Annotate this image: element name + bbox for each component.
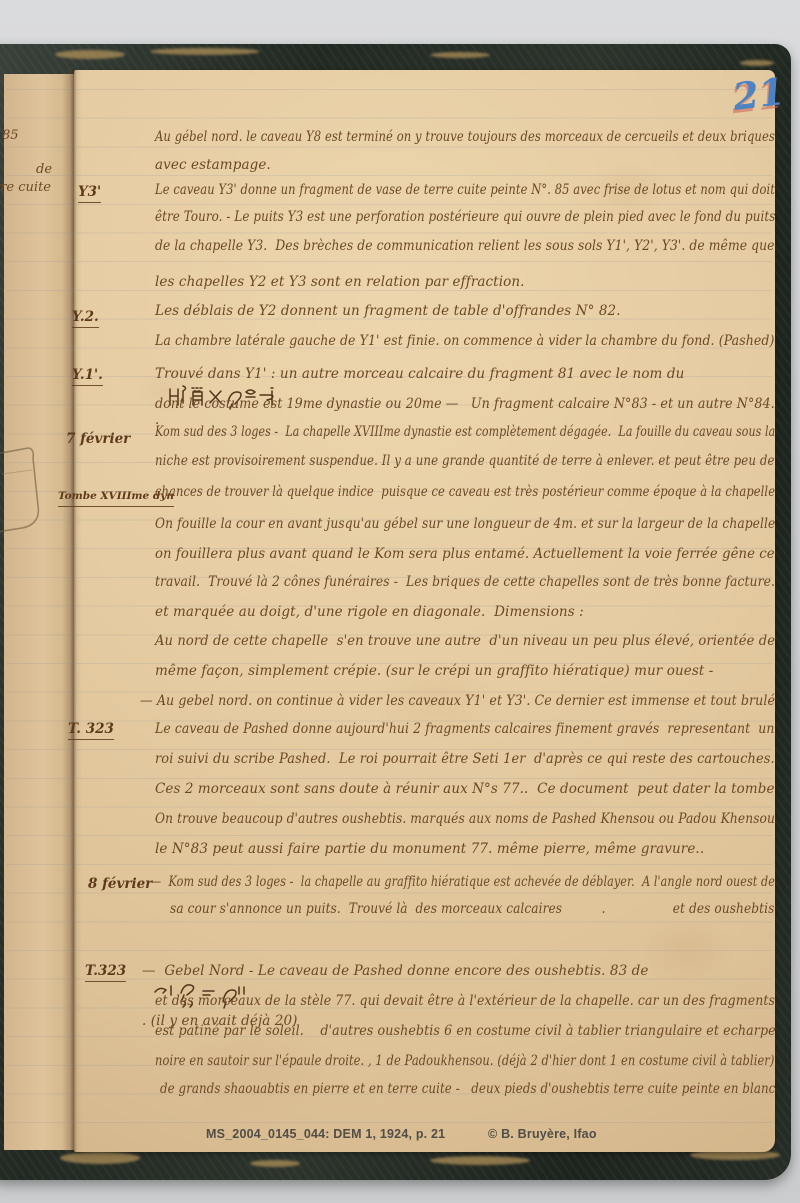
manuscript-line: et marquée au doigt, d'une rigole en dia… — [155, 602, 584, 622]
prev-page-fragment: rre cuite — [0, 180, 51, 195]
manuscript-line: chances de trouver là quelque indice pui… — [155, 482, 775, 502]
manuscript-line: dont le costume est 19me dynastie ou 20m… — [155, 394, 775, 414]
margin-note: Y.1'. — [72, 366, 103, 386]
manuscript-line: Kom sud des 3 loges - La chapelle XVIIIm… — [155, 422, 775, 442]
manuscript-line: — Au gebel nord. on continue à vider les… — [140, 691, 775, 711]
manuscript-line: La chambre latérale gauche de Y1' est fi… — [155, 331, 774, 351]
notebook-scan: 21 85derre cuite Y3'Y.2.Y.1'.7 févrierTo… — [0, 0, 800, 1203]
manuscript-line: noire en sautoir sur l'épaule droite. , … — [155, 1051, 774, 1071]
margin-note: Y.2. — [72, 308, 99, 328]
footer-reference: MS_2004_0145_044: DEM 1, 1924, p. 21 — [206, 1127, 445, 1141]
manuscript-line: Les déblais de Y2 donnent un fragment de… — [155, 301, 621, 321]
cover-wear-spot — [250, 1160, 300, 1167]
manuscript-line: Ces 2 morceaux sont sans doute à réunir … — [155, 779, 775, 799]
margin-note: 7 février — [66, 430, 130, 448]
manuscript-line: — Kom sud des 3 loges - la chapelle au g… — [150, 872, 775, 892]
manuscript-line: les chapelles Y2 et Y3 sont en relation … — [155, 272, 525, 292]
manuscript-line: Au gébel nord. le caveau Y8 est terminé … — [155, 127, 775, 147]
manuscript-line: et des morceaux de la stèle 77. qui deva… — [155, 991, 775, 1011]
cover-wear-spot — [150, 48, 260, 55]
cover-wear-spot — [55, 50, 125, 59]
page-number: 21 — [731, 69, 787, 119]
manuscript-line: Le caveau Y3' donne un fragment de vase … — [155, 180, 775, 200]
prev-page-fragment: de — [36, 162, 52, 177]
manuscript-line: Le caveau de Pashed donne aujourd'hui 2 … — [155, 719, 775, 739]
footer-copyright: © B. Bruyère, Ifao — [488, 1127, 597, 1141]
manuscript-line: avec estampage. — [155, 155, 271, 175]
manuscript-line: niche est provisoirement suspendue. Il y… — [155, 451, 775, 471]
manuscript-line: est patiné par le soleil. d'autres oushe… — [155, 1021, 776, 1041]
manuscript-line: On fouille la cour en avant jusqu'au géb… — [155, 514, 775, 534]
manuscript-line: On trouve beaucoup d'autres oushebtis. m… — [155, 809, 775, 829]
prev-page-fragment: 85 — [2, 128, 19, 143]
manuscript-line: de grands shaouabtis en pierre et en ter… — [160, 1079, 775, 1099]
cover-wear-spot — [740, 60, 774, 66]
manuscript-line: être Touro. - Le puits Y3 est une perfor… — [155, 207, 775, 227]
margin-note: T. 323 — [68, 720, 114, 740]
manuscript-line: roi suivi du scribe Pashed. Le roi pourr… — [155, 749, 775, 769]
margin-note: Y3' — [78, 183, 101, 203]
pencil-sketch — [0, 444, 50, 540]
manuscript-line: le N°83 peut aussi faire partie du monum… — [155, 839, 704, 859]
manuscript-line: travail. Trouvé là 2 cônes funéraires - … — [155, 572, 775, 592]
cover-wear-spot — [430, 1156, 530, 1165]
manuscript-line: Au nord de cette chapelle s'en trouve un… — [155, 631, 775, 651]
manuscript-line: de la chapelle Y3. Des brèches de commun… — [155, 236, 775, 256]
manuscript-line: sa cour s'annonce un puits. Trouvé là de… — [170, 899, 774, 919]
manuscript-line: on fouillera plus avant quand le Kom ser… — [155, 544, 775, 564]
cover-wear-spot — [60, 1152, 140, 1164]
margin-note: T.323 — [85, 962, 126, 982]
margin-note: 8 février — [88, 875, 152, 893]
cover-wear-spot — [430, 52, 490, 58]
manuscript-line: même façon, simplement crépie. (sur le c… — [155, 661, 713, 681]
